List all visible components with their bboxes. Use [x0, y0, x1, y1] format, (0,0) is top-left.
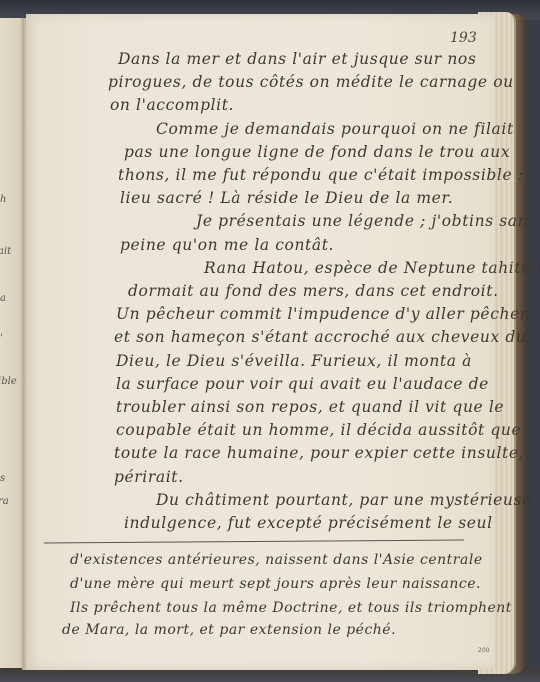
left-page-fragment: a: [0, 293, 6, 304]
text-line: et son hameçon s'étant accroché aux chev…: [114, 328, 526, 346]
text-line: Un pêcheur commit l'impudence d'y aller …: [116, 305, 528, 323]
left-page-fragment: ': [0, 333, 3, 344]
text-line: thons, il me fut répondu que c'était imp…: [118, 166, 524, 184]
left-page-fragment: ra: [0, 496, 9, 507]
left-page-edge: h tait a ' ible s ra: [0, 18, 24, 668]
text-line: on l'accomplit.: [110, 96, 234, 114]
text-line: indulgence, fut excepté précisément le s…: [124, 514, 493, 532]
left-page-fragment: tait: [0, 246, 11, 257]
text-line: dormait au fond des mers, dans cet endro…: [128, 282, 499, 300]
left-page-fragment: s: [0, 473, 5, 484]
page-number: 193: [450, 30, 477, 46]
text-line: troubler ainsi son repos, et quand il vi…: [116, 398, 504, 416]
text-line: pirogues, de tous côtés on médite le car…: [108, 73, 514, 91]
left-page-fragment: ible: [0, 376, 17, 387]
text-line: coupable était un homme, il décida aussi…: [116, 421, 521, 439]
left-page-fragment: h: [0, 194, 6, 205]
text-line: Je présentais une légende ; j'obtins san…: [196, 212, 537, 230]
text-line: peine qu'on me la contât.: [120, 236, 334, 254]
text-line: pas une longue ligne de fond dans le tro…: [124, 143, 510, 161]
backdrop-bottom: [0, 668, 540, 682]
text-line: périrait.: [114, 468, 184, 486]
footer-stamp: 200: [478, 647, 489, 654]
text-line: Comme je demandais pourquoi on ne filait: [156, 120, 514, 138]
text-line: la surface pour voir qui avait eu l'auda…: [116, 375, 489, 393]
footnote-line: d'une mère qui meurt sept jours après le…: [70, 576, 481, 592]
text-line: Dans la mer et dans l'air et jusque sur …: [118, 50, 476, 68]
footnote-line: d'existences antérieures, naissent dans …: [70, 552, 483, 568]
footnote-line: de Mara, la mort, et par extension le pé…: [62, 622, 396, 638]
text-line: Dieu, le Dieu s'éveilla. Furieux, il mon…: [116, 352, 472, 370]
text-line: Rana Hatou, espèce de Neptune tahitien,: [204, 259, 540, 277]
text-line: lieu sacré ! Là réside le Dieu de la mer…: [120, 189, 453, 207]
footnote-line: Ils prêchent tous la même Doctrine, et t…: [70, 600, 512, 616]
text-line: Du châtiment pourtant, par une mystérieu…: [156, 491, 532, 509]
text-line: toute la race humaine, pour expier cette…: [114, 444, 524, 462]
